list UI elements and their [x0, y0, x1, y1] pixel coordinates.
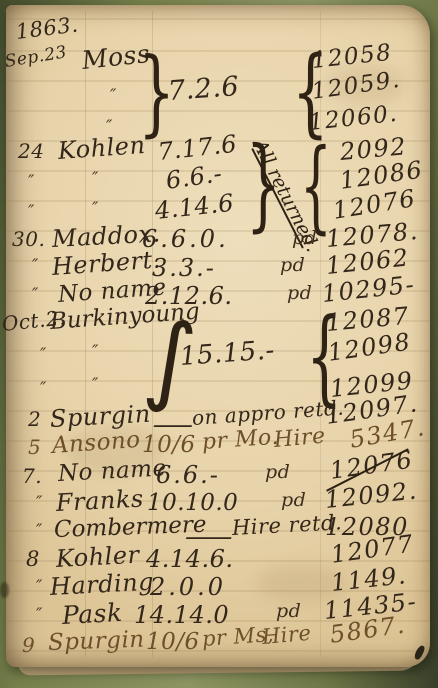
paid-mark: pd [276, 602, 301, 621]
ledger-photo: 1863. Sep.23 Moss ″ ″ } 7.2.6 { 12058 12… [0, 0, 438, 688]
amount: 6.6.- [156, 463, 220, 487]
customer-name: Kohler [55, 543, 140, 571]
amount: 14.14.0 [134, 603, 229, 627]
ditto-mark: ″ [36, 495, 43, 512]
amount: 4.14.6 [154, 191, 235, 223]
note: Hire [261, 623, 312, 648]
ditto-mark: ″ [36, 607, 43, 624]
ditto-mark: ″ [28, 204, 35, 221]
hire-rate: 10/6 [146, 631, 200, 654]
entry-date: 24 [18, 141, 44, 161]
customer-name: Ansono [51, 429, 141, 458]
ditto-mark: ″ [40, 381, 47, 398]
customer-name: Franks [55, 486, 144, 515]
entry-date: 8 [26, 549, 40, 570]
handwriting-layer: 1863. Sep.23 Moss ″ ″ } 7.2.6 { 12058 12… [0, 0, 438, 688]
entry-date: 9 [22, 635, 35, 655]
note: Hire [273, 426, 326, 452]
amount: 6.6.- [164, 161, 223, 193]
paid-mark: pd [280, 256, 305, 275]
entry-date: 7. [22, 466, 42, 486]
entry-date: 30. [12, 229, 45, 249]
customer-name: Kohlen [57, 133, 146, 163]
customer-name: Pask [61, 600, 123, 628]
customer-name: Spurgin [48, 629, 145, 655]
ditto-mark: ″ [36, 579, 43, 596]
ditto-mark: ″ [32, 287, 39, 304]
hire-period: pr Mo. [201, 427, 279, 454]
ditto-mark: ″ [28, 174, 35, 191]
year-label: 1863. [15, 14, 80, 42]
entry-date: 2 [28, 409, 41, 429]
ditto-mark: ″ [32, 258, 39, 275]
paid-mark: pd [281, 491, 306, 510]
entry-date: 5 [28, 437, 41, 457]
amount: 4.14.6. [146, 547, 233, 571]
paid-mark: pd [292, 229, 317, 248]
ditto-mark: ″ [36, 523, 43, 540]
ditto-mark: ″ [40, 347, 47, 364]
ditto-mark: ″ [92, 171, 99, 188]
ditto-mark: ″ [92, 201, 99, 218]
amount: 15.15.- [179, 337, 276, 370]
amount: 7.2.6 [167, 73, 240, 105]
amount: 7.17.6 [157, 132, 238, 164]
ditto-mark: ″ [92, 344, 99, 361]
customer-name: No name [57, 457, 167, 486]
ditto-mark: ″ [92, 377, 99, 394]
paid-mark: pd [265, 463, 290, 482]
amount: 2.0.0 [150, 575, 226, 599]
entry-date: Sep.23 [4, 44, 69, 71]
brace-icon: { [300, 136, 332, 236]
customer-name: Harding [49, 570, 154, 599]
hire-rate: 10/6 [142, 434, 196, 457]
ditto-mark: ″ [110, 88, 117, 105]
customer-name: Herbert. [51, 247, 161, 279]
